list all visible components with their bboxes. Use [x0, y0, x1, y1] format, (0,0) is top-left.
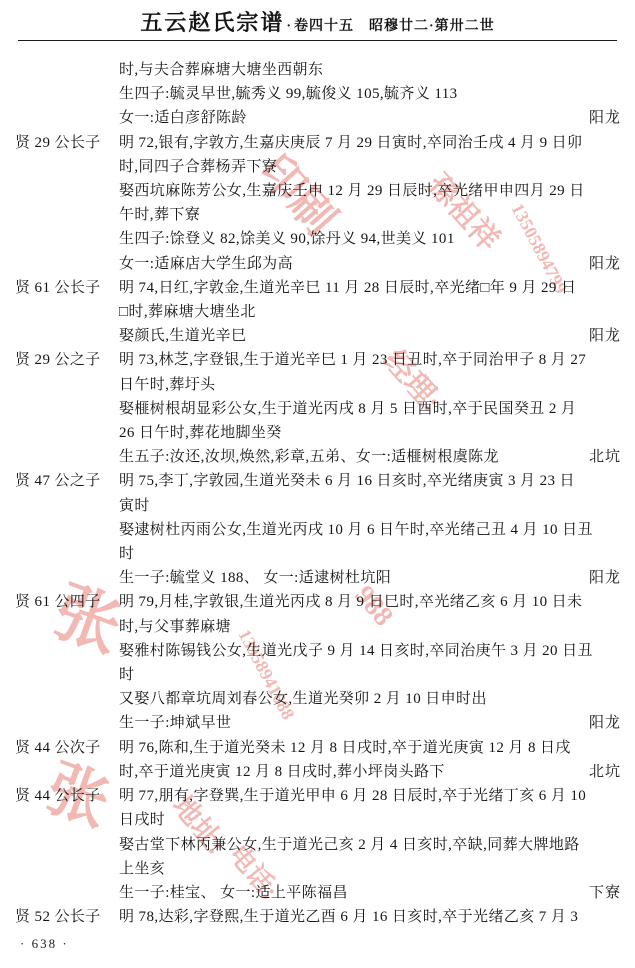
row-text: 娶颜氏,生道光辛巳 [119, 328, 246, 344]
row-text: 娶逮树杜丙雨公女,生道光丙戌 10 月 6 日午时,卒光绪己丑 4 月 10 日… [119, 522, 593, 538]
row-label [0, 373, 119, 397]
row-text: 娶西坑麻陈芳公女,生嘉庆壬申 12 月 29 日辰时,卒光绪甲申四月 29 日 [119, 183, 585, 199]
side-annotation: 北坑 [589, 760, 621, 784]
side-annotation: 阳龙 [589, 252, 621, 276]
row-text: 明 75,李丁,字敦园,生道光癸未 6 月 16 日亥时,卒光绪庚寅 3 月 2… [119, 473, 575, 489]
book-title: 五云赵氏宗谱 [140, 10, 284, 35]
row-text-area: 寅时 [119, 494, 635, 518]
row-label: 贤 47 公之子 [0, 469, 119, 493]
row-text-area: 又娶八都章坑周刘春公女,生道光癸卯 2 月 10 日申时出 [119, 687, 635, 711]
row-label [0, 857, 119, 881]
row-label [0, 106, 119, 130]
row-label [0, 711, 119, 735]
row-text-area: 午时,葬下寮 [119, 203, 635, 227]
genealogy-row: 时 [0, 542, 635, 566]
row-text: 女一:适白彦舒陈龄 [119, 110, 247, 126]
row-label [0, 252, 119, 276]
row-text-area: 娶西坑麻陈芳公女,生嘉庆壬申 12 月 29 日辰时,卒光绪甲申四月 29 日 [119, 179, 635, 203]
genealogy-row: 上坐亥 [0, 857, 635, 881]
row-text: 明 79,月桂,字敦银,生道光丙戌 8 月 9 日巳时,卒光绪乙亥 6 月 10… [119, 594, 582, 610]
row-label [0, 760, 119, 784]
genealogy-row: 贤 29 公长子明 72,银有,字敦方,生嘉庆庚辰 7 月 29 日寅时,卒同治… [0, 131, 635, 155]
row-text: 明 77,朋有,字登巽,生于道光甲申 6 月 28 日辰时,卒于光绪丁亥 6 月… [119, 788, 586, 804]
row-label [0, 542, 119, 566]
row-text-area: □时,葬麻塘大塘坐北 [119, 300, 635, 324]
row-label: 贤 44 公长子 [0, 784, 119, 808]
row-text-area: 时,与夫合葬麻塘大塘坐西朝东 [119, 58, 635, 82]
row-text-area: 日戌时 [119, 808, 635, 832]
row-text: 时,与夫合葬麻塘大塘坐西朝东 [119, 62, 323, 78]
row-text-area: 娶颜氏,生道光辛巳阳龙 [119, 324, 635, 348]
genealogy-row: 26 日午时,葬花地脚坐癸 [0, 421, 635, 445]
row-label [0, 227, 119, 251]
row-text-area: 日午时,葬圩头 [119, 373, 635, 397]
row-text: 明 78,达彩,字登熙,生于道光乙酉 6 月 16 日亥时,卒于光绪乙亥 7 月… [119, 909, 578, 925]
page-number: · 638 · [20, 936, 69, 952]
row-label [0, 421, 119, 445]
genealogy-row: 娶颜氏,生道光辛巳阳龙 [0, 324, 635, 348]
page-header: 五云赵氏宗谱·卷四十五 昭穆廿二·第卅二世 [0, 6, 635, 37]
genealogy-row: 贤 61 公长子明 74,日红,字敦金,生道光辛巳 11 月 28 日辰时,卒光… [0, 276, 635, 300]
row-label [0, 881, 119, 905]
genealogy-row: 生四子:馀登义 82,馀美义 90,馀丹义 94,世美义 101 [0, 227, 635, 251]
row-label: 贤 52 公长子 [0, 905, 119, 929]
row-text: 明 74,日红,字敦金,生道光辛巳 11 月 28 日辰时,卒光绪□年 9 月 … [119, 280, 576, 296]
genealogy-row: 午时,葬下寮 [0, 203, 635, 227]
genealogy-row: 贤 29 公之子明 73,林芝,字登银,生于道光辛巳 1 月 23 日丑时,卒于… [0, 348, 635, 372]
row-label [0, 808, 119, 832]
side-annotation: 阳龙 [589, 324, 621, 348]
row-label [0, 445, 119, 469]
genealogy-row: 日戌时 [0, 808, 635, 832]
row-text-area: 明 78,达彩,字登熙,生于道光乙酉 6 月 16 日亥时,卒于光绪乙亥 7 月… [119, 905, 635, 929]
row-label [0, 687, 119, 711]
header-divider [18, 40, 617, 41]
row-text-area: 女一:适白彦舒陈龄阳龙 [119, 106, 635, 130]
row-label [0, 58, 119, 82]
genealogy-row: 贤 44 公次子明 76,陈和,生于道光癸未 12 月 8 日戌时,卒于道光庚寅… [0, 736, 635, 760]
side-annotation: 阳龙 [589, 566, 621, 590]
row-text: 又娶八都章坑周刘春公女,生道光癸卯 2 月 10 日申时出 [119, 691, 487, 707]
genealogy-row: 娶雅村陈锡钱公女,生道光戊子 9 月 14 日亥时,卒同治庚午 3 月 20 日… [0, 639, 635, 663]
row-text-area: 明 77,朋有,字登巽,生于道光甲申 6 月 28 日辰时,卒于光绪丁亥 6 月… [119, 784, 635, 808]
row-label [0, 155, 119, 179]
row-text-area: 时,与父事葬麻塘 [119, 615, 635, 639]
row-text-area: 生一子:毓堂义 188、 女一:适逮树杜坑阳阳龙 [119, 566, 635, 590]
row-label [0, 566, 119, 590]
row-text-area: 娶榧树根胡显彩公女,生于道光丙戌 8 月 5 日酉时,卒于民国癸丑 2 月 [119, 397, 635, 421]
row-text: 午时,葬下寮 [119, 207, 200, 223]
side-annotation: 阳龙 [589, 106, 621, 130]
genealogy-row: 寅时 [0, 494, 635, 518]
genealogy-row: 时 [0, 663, 635, 687]
row-text-area: 生一子:坤斌早世阳龙 [119, 711, 635, 735]
genealogy-row: 娶榧树根胡显彩公女,生于道光丙戌 8 月 5 日酉时,卒于民国癸丑 2 月 [0, 397, 635, 421]
genealogy-row: 生一子:桂宝、 女一:适上平陈福昌下寮 [0, 881, 635, 905]
row-text: 时,同四子合葬杨弄下寮 [119, 159, 277, 175]
row-text-area: 时,卒于道光庚寅 12 月 8 日戌时,葬小坪岗头路下北坑 [119, 760, 635, 784]
genealogy-row: 时,卒于道光庚寅 12 月 8 日戌时,葬小坪岗头路下北坑 [0, 760, 635, 784]
genealogy-row: 生一子:毓堂义 188、 女一:适逮树杜坑阳阳龙 [0, 566, 635, 590]
genealogy-row: 生四子:毓灵早世,毓秀义 99,毓俊义 105,毓齐义 113 [0, 82, 635, 106]
row-text-area: 时 [119, 542, 635, 566]
row-text: 明 72,银有,字敦方,生嘉庆庚辰 7 月 29 日寅时,卒同治壬戌 4 月 9… [119, 135, 582, 151]
row-text: 明 73,林芝,字登银,生于道光辛巳 1 月 23 日丑时,卒于同治甲子 8 月… [119, 352, 586, 368]
genealogy-row: 娶古堂下林丙兼公女,生于道光己亥 2 月 4 日亥时,卒缺,同葬大牌地路 [0, 833, 635, 857]
genealogy-row: 时,与夫合葬麻塘大塘坐西朝东 [0, 58, 635, 82]
row-text: 明 76,陈和,生于道光癸未 12 月 8 日戌时,卒于道光庚寅 12 月 8 … [119, 740, 571, 756]
side-annotation: 下寮 [589, 881, 621, 905]
row-text-area: 生五子:汝还,汝坝,焕然,彩章,五弟、女一:适榧树根虞陈龙北坑 [119, 445, 635, 469]
side-annotation: 北坑 [589, 445, 621, 469]
row-label: 贤 29 公之子 [0, 348, 119, 372]
row-text: 日戌时 [119, 812, 165, 828]
genealogy-row: 女一:适麻店大学生邱为高阳龙 [0, 252, 635, 276]
row-text-area: 娶雅村陈锡钱公女,生道光戊子 9 月 14 日亥时,卒同治庚午 3 月 20 日… [119, 639, 635, 663]
row-text-area: 明 79,月桂,字敦银,生道光丙戌 8 月 9 日巳时,卒光绪乙亥 6 月 10… [119, 590, 635, 614]
row-text-area: 生四子:毓灵早世,毓秀义 99,毓俊义 105,毓齐义 113 [119, 82, 635, 106]
volume-subtitle: 卷四十五 昭穆廿二·第卅二世 [294, 19, 495, 34]
row-text: 时 [119, 546, 134, 562]
row-label [0, 397, 119, 421]
row-text-area: 女一:适麻店大学生邱为高阳龙 [119, 252, 635, 276]
genealogy-body: 时,与夫合葬麻塘大塘坐西朝东生四子:毓灵早世,毓秀义 99,毓俊义 105,毓齐… [0, 58, 635, 929]
row-label [0, 615, 119, 639]
row-label [0, 300, 119, 324]
row-label [0, 203, 119, 227]
row-label: 贤 29 公长子 [0, 131, 119, 155]
row-label [0, 324, 119, 348]
row-text-area: 明 76,陈和,生于道光癸未 12 月 8 日戌时,卒于道光庚寅 12 月 8 … [119, 736, 635, 760]
row-label: 贤 61 公长子 [0, 276, 119, 300]
row-text: 生五子:汝还,汝坝,焕然,彩章,五弟、女一:适榧树根虞陈龙 [119, 449, 499, 465]
row-text: □时,葬麻塘大塘坐北 [119, 304, 256, 320]
row-text: 生一子:桂宝、 女一:适上平陈福昌 [119, 885, 348, 901]
genealogy-row: 生一子:坤斌早世阳龙 [0, 711, 635, 735]
row-label [0, 833, 119, 857]
row-text-area: 生四子:馀登义 82,馀美义 90,馀丹义 94,世美义 101 [119, 227, 635, 251]
row-text-area: 明 73,林芝,字登银,生于道光辛巳 1 月 23 日丑时,卒于同治甲子 8 月… [119, 348, 635, 372]
genealogy-row: 又娶八都章坑周刘春公女,生道光癸卯 2 月 10 日申时出 [0, 687, 635, 711]
row-label [0, 518, 119, 542]
row-text: 娶雅村陈锡钱公女,生道光戊子 9 月 14 日亥时,卒同治庚午 3 月 20 日… [119, 643, 593, 659]
row-text-area: 娶逮树杜丙雨公女,生道光丙戌 10 月 6 日午时,卒光绪己丑 4 月 10 日… [119, 518, 635, 542]
side-annotation: 阳龙 [589, 711, 621, 735]
row-text-area: 上坐亥 [119, 857, 635, 881]
row-text-area: 时 [119, 663, 635, 687]
genealogy-row: 贤 47 公之子明 75,李丁,字敦园,生道光癸未 6 月 16 日亥时,卒光绪… [0, 469, 635, 493]
row-text: 时,卒于道光庚寅 12 月 8 日戌时,葬小坪岗头路下 [119, 764, 445, 780]
row-text-area: 明 75,李丁,字敦园,生道光癸未 6 月 16 日亥时,卒光绪庚寅 3 月 2… [119, 469, 635, 493]
row-text: 上坐亥 [119, 861, 165, 877]
genealogy-row: 贤 52 公长子明 78,达彩,字登熙,生于道光乙酉 6 月 16 日亥时,卒于… [0, 905, 635, 929]
row-label [0, 82, 119, 106]
genealogy-row: 贤 44 公长子明 77,朋有,字登巽,生于道光甲申 6 月 28 日辰时,卒于… [0, 784, 635, 808]
genealogy-row: 时,同四子合葬杨弄下寮 [0, 155, 635, 179]
row-text: 日午时,葬圩头 [119, 377, 216, 393]
genealogy-row: 女一:适白彦舒陈龄阳龙 [0, 106, 635, 130]
row-text: 女一:适麻店大学生邱为高 [119, 256, 293, 272]
row-text: 生四子:馀登义 82,馀美义 90,馀丹义 94,世美义 101 [119, 231, 455, 247]
title-separator: · [286, 19, 292, 34]
row-text: 娶古堂下林丙兼公女,生于道光己亥 2 月 4 日亥时,卒缺,同葬大牌地路 [119, 837, 580, 853]
genealogy-row: 时,与父事葬麻塘 [0, 615, 635, 639]
genealogy-row: 娶逮树杜丙雨公女,生道光丙戌 10 月 6 日午时,卒光绪己丑 4 月 10 日… [0, 518, 635, 542]
row-text: 生四子:毓灵早世,毓秀义 99,毓俊义 105,毓齐义 113 [119, 86, 458, 102]
row-text: 寅时 [119, 498, 150, 514]
row-text-area: 时,同四子合葬杨弄下寮 [119, 155, 635, 179]
row-text: 26 日午时,葬花地脚坐癸 [119, 425, 282, 441]
row-text-area: 26 日午时,葬花地脚坐癸 [119, 421, 635, 445]
genealogy-row: 生五子:汝还,汝坝,焕然,彩章,五弟、女一:适榧树根虞陈龙北坑 [0, 445, 635, 469]
row-text: 时,与父事葬麻塘 [119, 619, 231, 635]
row-text: 时 [119, 667, 134, 683]
genealogy-row: 娶西坑麻陈芳公女,生嘉庆壬申 12 月 29 日辰时,卒光绪甲申四月 29 日 [0, 179, 635, 203]
row-text: 娶榧树根胡显彩公女,生于道光丙戌 8 月 5 日酉时,卒于民国癸丑 2 月 [119, 401, 576, 417]
row-text: 生一子:坤斌早世 [119, 715, 231, 731]
row-label [0, 663, 119, 687]
row-label [0, 179, 119, 203]
row-text: 生一子:毓堂义 188、 女一:适逮树杜坑阳 [119, 570, 391, 586]
row-text-area: 明 74,日红,字敦金,生道光辛巳 11 月 28 日辰时,卒光绪□年 9 月 … [119, 276, 635, 300]
row-label [0, 494, 119, 518]
row-text-area: 生一子:桂宝、 女一:适上平陈福昌下寮 [119, 881, 635, 905]
row-label: 贤 44 公次子 [0, 736, 119, 760]
genealogy-row: 贤 61 公四子明 79,月桂,字敦银,生道光丙戌 8 月 9 日巳时,卒光绪乙… [0, 590, 635, 614]
genealogy-page: 张张印刷孫祖祥13505894799经理:98813958941688地址:电话… [0, 0, 635, 968]
row-label [0, 639, 119, 663]
genealogy-row: □时,葬麻塘大塘坐北 [0, 300, 635, 324]
row-text-area: 娶古堂下林丙兼公女,生于道光己亥 2 月 4 日亥时,卒缺,同葬大牌地路 [119, 833, 635, 857]
row-label: 贤 61 公四子 [0, 590, 119, 614]
row-text-area: 明 72,银有,字敦方,生嘉庆庚辰 7 月 29 日寅时,卒同治壬戌 4 月 9… [119, 131, 635, 155]
genealogy-row: 日午时,葬圩头 [0, 373, 635, 397]
